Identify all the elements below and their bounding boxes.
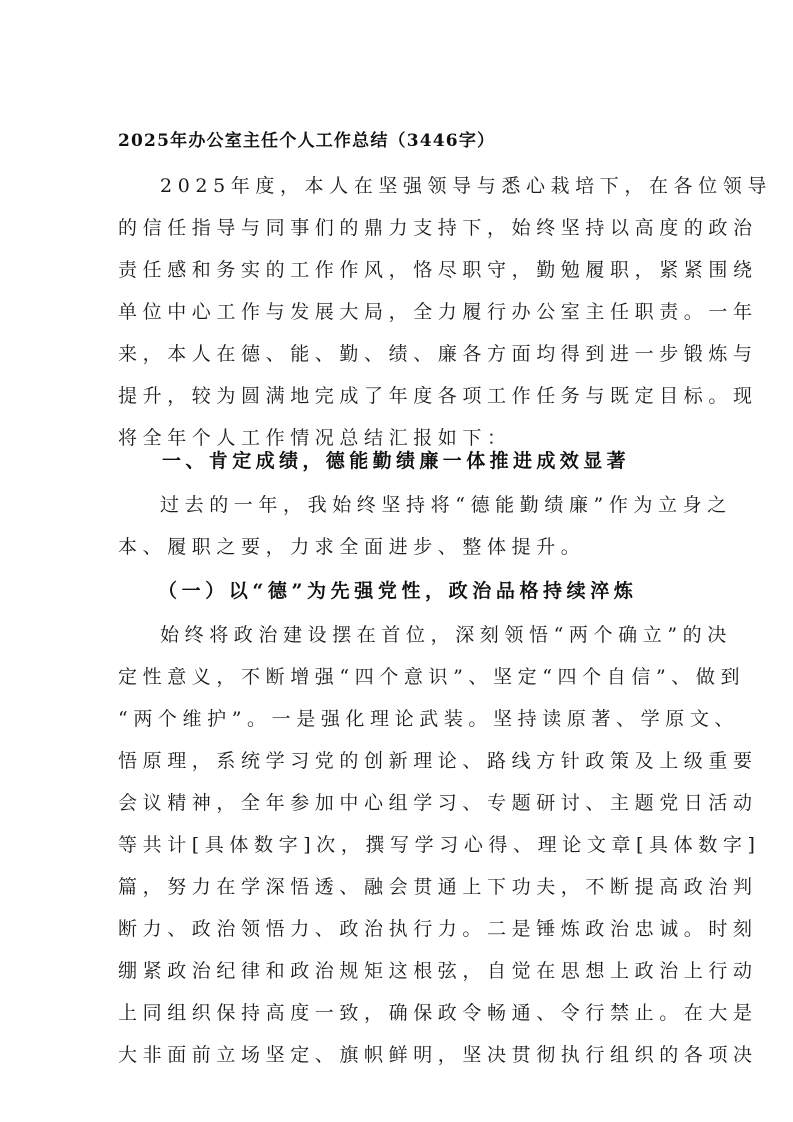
paragraph-line: 的信任指导与同事们的鼎力支持下，始终坚持以高度的政治 [118,213,678,243]
paragraph-line: 定性意义，不断增强“四个意识”、坚定“四个自信”、做到 [118,662,678,692]
document-page: 2025年办公室主任个人工作总结（3446字） 2025年度，本人在坚强领导与悉… [0,0,793,1122]
paragraph-line: 始终将政治建设摆在首位，深刻领悟“两个确立”的决 [160,620,720,650]
document-title: 2025年办公室主任个人工作总结（3446字） [118,126,678,156]
paragraph-line: 单位中心工作与发展大局，全力履行办公室主任职责。一年 [118,297,678,327]
paragraph-line: 提升，较为圆满地完成了年度各项工作任务与既定目标。现 [118,381,678,411]
paragraph-line: 篇，努力在学深悟透、融会贯通上下功夫，不断提高政治判 [118,872,678,902]
paragraph-line: 过去的一年，我始终坚持将“德能勤绩廉”作为立身之 [160,490,720,520]
paragraph-line: 2025年度，本人在坚强领导与悉心栽培下，在各位领导 [160,171,720,201]
paragraph-line: 上同组织保持高度一致，确保政令畅通、令行禁止。在大是 [118,998,678,1028]
paragraph-line: 责任感和务实的工作作风，恪尽职守，勤勉履职，紧紧围绕 [118,255,678,285]
section-heading-1: 一、肯定成绩，德能勤绩廉一体推进成效显著 [162,446,722,476]
paragraph-line: 绷紧政治纪律和政治规矩这根弦，自觉在思想上政治上行动 [118,956,678,986]
paragraph-line: “两个维护”。一是强化理论武装。坚持读原著、学原文、 [118,704,678,734]
paragraph-line: 等共计[具体数字]次，撰写学习心得、理论文章[具体数字] [118,830,678,860]
paragraph-line: 本、履职之要，力求全面进步、整体提升。 [118,532,678,562]
paragraph-line: 断力、政治领悟力、政治执行力。二是锤炼政治忠诚。时刻 [118,914,678,944]
paragraph-line: 会议精神，全年参加中心组学习、专题研讨、主题党日活动 [118,788,678,818]
paragraph-line: 来，本人在德、能、勤、绩、廉各方面均得到进一步锻炼与 [118,339,678,369]
paragraph-line: 大非面前立场坚定、旗帜鲜明，坚决贯彻执行组织的各项决 [118,1040,678,1070]
subsection-heading-1: （一）以“德”为先强党性，政治品格持续淬炼 [158,576,718,606]
paragraph-line: 悟原理，系统学习党的创新理论、路线方针政策及上级重要 [118,746,678,776]
